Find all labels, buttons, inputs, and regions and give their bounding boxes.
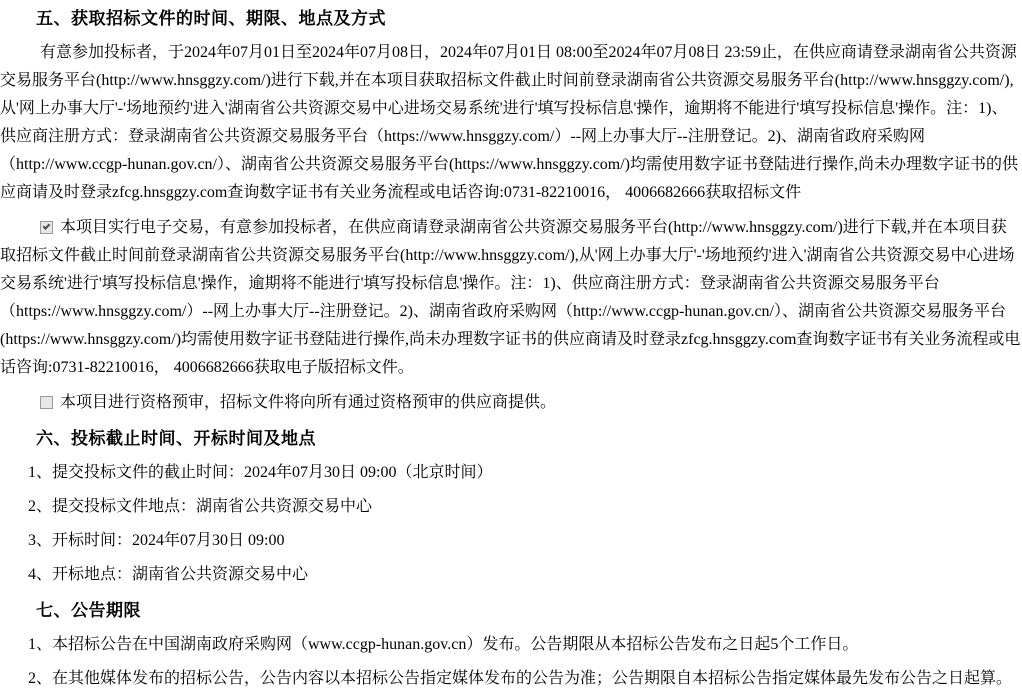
- electronic-trading-text: 本项目实行电子交易，有意参加投标者，在供应商请登录湖南省公共资源交易服务平台(h…: [0, 219, 1020, 376]
- paragraph-obtain-documents: 有意参加投标者，于2024年07月01日至2024年07月08日，2024年07…: [0, 39, 1022, 207]
- tender-document: 五、获取招标文件的时间、期限、地点及方式 有意参加投标者，于2024年07月01…: [0, 0, 1022, 693]
- electronic-trading-checkbox[interactable]: [40, 221, 53, 234]
- list-item-bid-deadline: 1、提交投标文件的截止时间：2024年07月30日 09:00（北京时间）: [0, 459, 1022, 487]
- list-item-bid-opening-place: 4、开标地点：湖南省公共资源交易中心: [0, 561, 1022, 589]
- list-item-announcement-publication: 1、本招标公告在中国湖南政府采购网（www.ccgp-hunan.gov.cn）…: [0, 631, 1022, 659]
- section-7-heading: 七、公告期限: [0, 599, 1022, 623]
- section-6-heading: 六、投标截止时间、开标时间及地点: [0, 427, 1022, 451]
- section-5-heading: 五、获取招标文件的时间、期限、地点及方式: [0, 7, 1022, 31]
- prequalification-text: 本项目进行资格预审，招标文件将向所有通过资格预审的供应商提供。: [60, 394, 556, 411]
- paragraph-electronic-trading: 本项目实行电子交易，有意参加投标者，在供应商请登录湖南省公共资源交易服务平台(h…: [0, 214, 1022, 382]
- tender-announcement-page: { "document": { "background_color": "#ff…: [0, 0, 1022, 700]
- paragraph-prequalification: 本项目进行资格预审，招标文件将向所有通过资格预审的供应商提供。: [0, 389, 1022, 417]
- list-item-bid-submission-place: 2、提交投标文件地点：湖南省公共资源交易中心: [0, 493, 1022, 521]
- list-item-bid-opening-time: 3、开标时间：2024年07月30日 09:00: [0, 527, 1022, 555]
- prequalification-checkbox[interactable]: [40, 396, 53, 409]
- list-item-other-media-announcement: 2、在其他媒体发布的招标公告，公告内容以本招标公告指定媒体发布的公告为准；公告期…: [0, 665, 1022, 693]
- check-icon: [43, 222, 51, 230]
